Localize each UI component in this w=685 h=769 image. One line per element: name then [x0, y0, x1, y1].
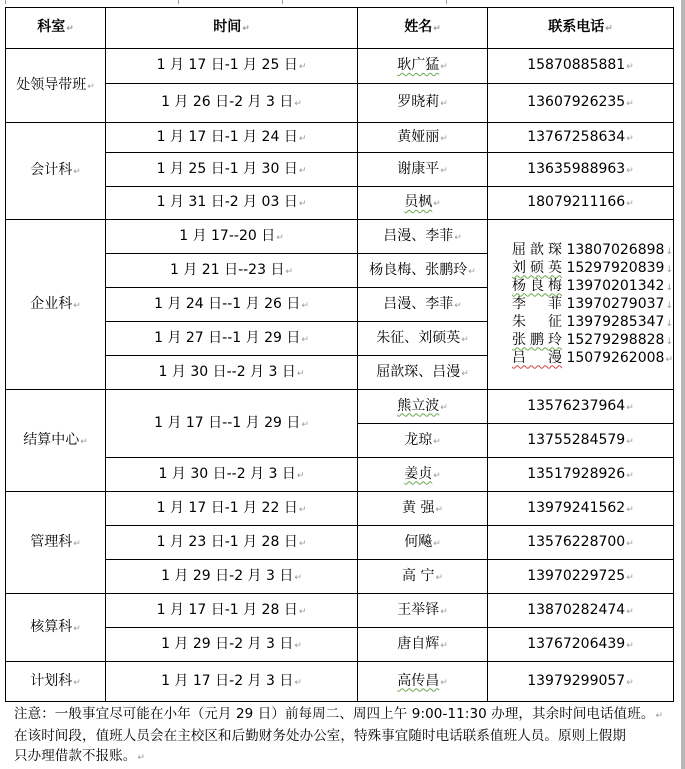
- time-cell: 1 月 25 日-1 月 30 日↵: [106, 153, 358, 187]
- dept-cell: 企业科↵: [6, 220, 106, 390]
- name-cell: 吕漫、李菲↵: [358, 288, 488, 322]
- name-cell: 龙琼↵: [358, 424, 488, 458]
- contact-line: 朱 征 13979285347↓: [512, 314, 673, 332]
- name-cell: 高 宁↵: [358, 560, 488, 594]
- table-row: 1 月 25 日-1 月 30 日↵ 谢康平↵ 13635988963↵: [6, 153, 674, 187]
- note-line: 在该时间段，值班人员会在主校区和后勤财务处办公室，特殊事宜随时电话联系值班人员。…: [14, 726, 674, 746]
- table-row: 企业科↵ 1 月 17--20 日↵ 吕漫、李菲↵ 屈歆琛 1380702689…: [6, 220, 674, 254]
- time-cell: 1 月 29 日-2 月 3 日↵: [106, 628, 358, 662]
- time-cell: 1 月 24 日--1 月 26 日↵: [106, 288, 358, 322]
- name-cell: 何飚↵: [358, 526, 488, 560]
- phone-cell: 13576228700↵: [488, 526, 674, 560]
- time-cell: 1 月 17 日-1 月 22 日↵: [106, 492, 358, 526]
- time-cell: 1 月 17 日-2 月 3 日↵: [106, 662, 358, 702]
- table-row: 会计科↵ 1 月 17 日-1 月 24 日↵ 黄娅丽↵ 13767258634…: [6, 123, 674, 153]
- name-cell: 耿广猛↵: [358, 49, 488, 84]
- table-edge-marker: [178, 0, 179, 4]
- contact-line: 张鹏玲 15279298828↓: [512, 332, 673, 350]
- contact-line: 吕 漫 15079262008↵: [512, 350, 673, 368]
- dept-cell: 结算中心↵: [6, 390, 106, 492]
- time-cell: 1 月 21 日--23 日↵: [106, 254, 358, 288]
- header-name: 姓名↵: [358, 8, 488, 49]
- phone-cell: 13767206439↵: [488, 628, 674, 662]
- header-phone: 联系电话↵: [488, 8, 674, 49]
- table-row: 1 月 26 日-2 月 3 日↵ 罗晓莉↵ 13607926235↵: [6, 84, 674, 123]
- time-cell: 1 月 31 日-2 月 03 日↵: [106, 187, 358, 220]
- contact-line: 刘硕英 15297920839↓: [512, 260, 673, 278]
- note-paragraph: 注意：一般事宜尽可能在小年（元月 29 日）前每周二、周四上午 9:00-11:…: [14, 704, 674, 768]
- name-cell: 吕漫、李菲↵: [358, 220, 488, 254]
- table-edge-marker: [282, 0, 283, 4]
- time-cell: 1 月 17 日--1 月 29 日↵: [106, 390, 358, 458]
- table-row: 结算中心↵ 1 月 17 日--1 月 29 日↵ 熊立波↵ 135762379…: [6, 390, 674, 424]
- dept-cell: 计划科↵: [6, 662, 106, 702]
- duty-schedule-table: 科室↵ 时间↵ 姓名↵ 联系电话↵ 处领导带班↵ 1 月 17 日-1 月 25…: [5, 7, 674, 702]
- time-cell: 1 月 30 日--2 月 3 日↵: [106, 458, 358, 492]
- phone-cell: 13979299057↵: [488, 662, 674, 702]
- table-row: 管理科↵ 1 月 17 日-1 月 22 日↵ 黄 强↵ 13979241562…: [6, 492, 674, 526]
- note-line: 只办理借款不报账。↵: [14, 746, 674, 768]
- phone-cell: 13755284579↵: [488, 424, 674, 458]
- table-row: 1 月 30 日--2 月 3 日↵ 姜贞↵ 13517928926↵: [6, 458, 674, 492]
- header-time: 时间↵: [106, 8, 358, 49]
- phone-cell: 13607926235↵: [488, 84, 674, 123]
- name-cell: 杨良梅、张鹏玲↵: [358, 254, 488, 288]
- phone-cell: 15870885881↵: [488, 49, 674, 84]
- table-header-row: 科室↵ 时间↵ 姓名↵ 联系电话↵: [6, 8, 674, 49]
- phone-cell: 13767258634↵: [488, 123, 674, 153]
- name-cell: 黄 强↵: [358, 492, 488, 526]
- table-row: 1 月 23 日-1 月 28 日↵ 何飚↵ 13576228700↵: [6, 526, 674, 560]
- phone-cell: 13576237964↵: [488, 390, 674, 424]
- time-cell: 1 月 30 日--2 月 3 日↵: [106, 356, 358, 390]
- contact-line: 杨良梅 13970201342↓: [512, 278, 673, 296]
- name-cell: 姜贞↵: [358, 458, 488, 492]
- name-cell: 屈歆琛、吕漫↵: [358, 356, 488, 390]
- name-cell: 罗晓莉↵: [358, 84, 488, 123]
- time-cell: 1 月 17--20 日↵: [106, 220, 358, 254]
- contact-line: 屈歆琛 13807026898↓: [512, 242, 673, 260]
- phone-cell: 18079211166↵: [488, 187, 674, 220]
- document-page: 科室↵ 时间↵ 姓名↵ 联系电话↵ 处领导带班↵ 1 月 17 日-1 月 25…: [0, 0, 685, 769]
- table-edge-marker: [5, 0, 6, 4]
- note-line: 注意：一般事宜尽可能在小年（元月 29 日）前每周二、周四上午 9:00-11:…: [14, 704, 674, 726]
- header-dept: 科室↵: [6, 8, 106, 49]
- dept-cell: 会计科↵: [6, 123, 106, 220]
- name-cell: 高传昌↵: [358, 662, 488, 702]
- dept-cell: 处领导带班↵: [6, 49, 106, 123]
- phone-cell: 13635988963↵: [488, 153, 674, 187]
- time-cell: 1 月 17 日-1 月 24 日↵: [106, 123, 358, 153]
- name-cell: 王举铎↵: [358, 594, 488, 628]
- phone-cell: 13979241562↵: [488, 492, 674, 526]
- time-cell: 1 月 26 日-2 月 3 日↵: [106, 84, 358, 123]
- contact-line: 李 菲 13970279037↓: [512, 296, 673, 314]
- name-cell: 员枫↵: [358, 187, 488, 220]
- dept-cell: 管理科↵: [6, 492, 106, 594]
- table-row: 核算科↵ 1 月 17 日-1 月 28 日↵ 王举铎↵ 13870282474…: [6, 594, 674, 628]
- name-cell: 黄娅丽↵: [358, 123, 488, 153]
- phone-cell: 13870282474↵: [488, 594, 674, 628]
- table-row: 计划科↵ 1 月 17 日-2 月 3 日↵ 高传昌↵ 13979299057↵: [6, 662, 674, 702]
- name-cell: 熊立波↵: [358, 390, 488, 424]
- time-cell: 1 月 29 日-2 月 3 日↵: [106, 560, 358, 594]
- table-row: 处领导带班↵ 1 月 17 日-1 月 25 日↵ 耿广猛↵ 158708858…: [6, 49, 674, 84]
- time-cell: 1 月 23 日-1 月 28 日↵: [106, 526, 358, 560]
- vertical-scrollbar[interactable]: [681, 0, 685, 769]
- dept-cell: 核算科↵: [6, 594, 106, 662]
- time-cell: 1 月 27 日--1 月 29 日↵: [106, 322, 358, 356]
- phone-cell: 13970229725↵: [488, 560, 674, 594]
- name-cell: 唐自辉↵: [358, 628, 488, 662]
- phone-cell: 13517928926↵: [488, 458, 674, 492]
- table-row: 1 月 31 日-2 月 03 日↵ 员枫↵ 18079211166↵: [6, 187, 674, 220]
- name-cell: 谢康平↵: [358, 153, 488, 187]
- table-row: 1 月 29 日-2 月 3 日↵ 唐自辉↵ 13767206439↵: [6, 628, 674, 662]
- table-edge-marker: [446, 0, 447, 4]
- time-cell: 1 月 17 日-1 月 25 日↵: [106, 49, 358, 84]
- time-cell: 1 月 17 日-1 月 28 日↵: [106, 594, 358, 628]
- name-cell: 朱征、刘硕英↵: [358, 322, 488, 356]
- contact-list-cell: 屈歆琛 13807026898↓ 刘硕英 15297920839↓ 杨良梅 13…: [488, 220, 674, 390]
- table-row: 1 月 29 日-2 月 3 日↵ 高 宁↵ 13970229725↵: [6, 560, 674, 594]
